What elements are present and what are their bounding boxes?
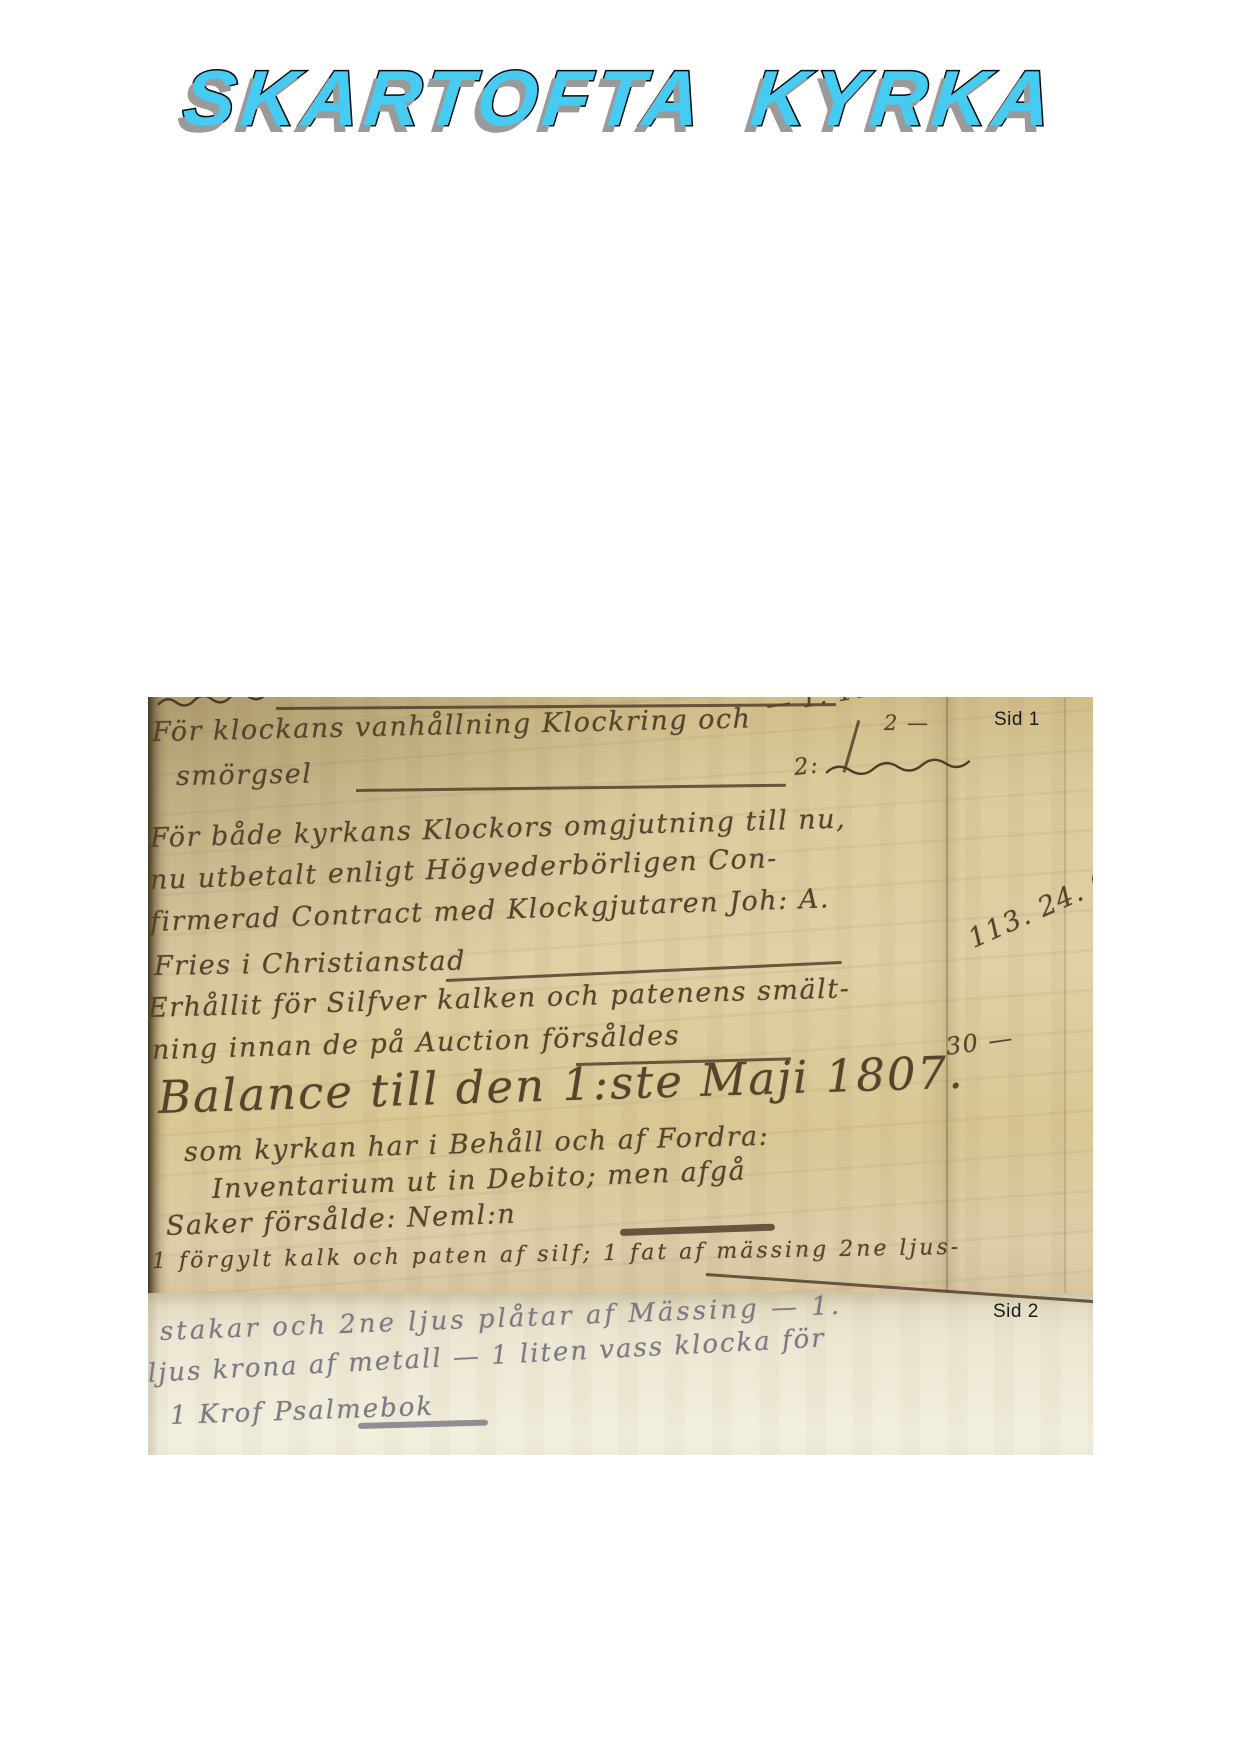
manuscript-scan: Sid 1 — 1. 11. 2 — För klockans vanhålln… — [148, 697, 1093, 1455]
paper-fold-line — [1064, 697, 1066, 1293]
amount-smorgsel: 2: — [793, 752, 821, 781]
paper-fold-line — [946, 697, 948, 1293]
line-stad: Fries i Christianstad — [154, 946, 466, 982]
title-word-2: KYRKA — [747, 54, 1061, 142]
page-title: SKARTOFTAKYRKA — [0, 56, 1240, 142]
line-smorgsel: smörgsel — [176, 759, 313, 792]
sid1-label: Sid 1 — [994, 709, 1040, 731]
amount-top-2: 2 — — [884, 711, 930, 735]
title-word-1: SKARTOFTA — [179, 54, 710, 142]
sid2-label: Sid 2 — [993, 1301, 1039, 1323]
